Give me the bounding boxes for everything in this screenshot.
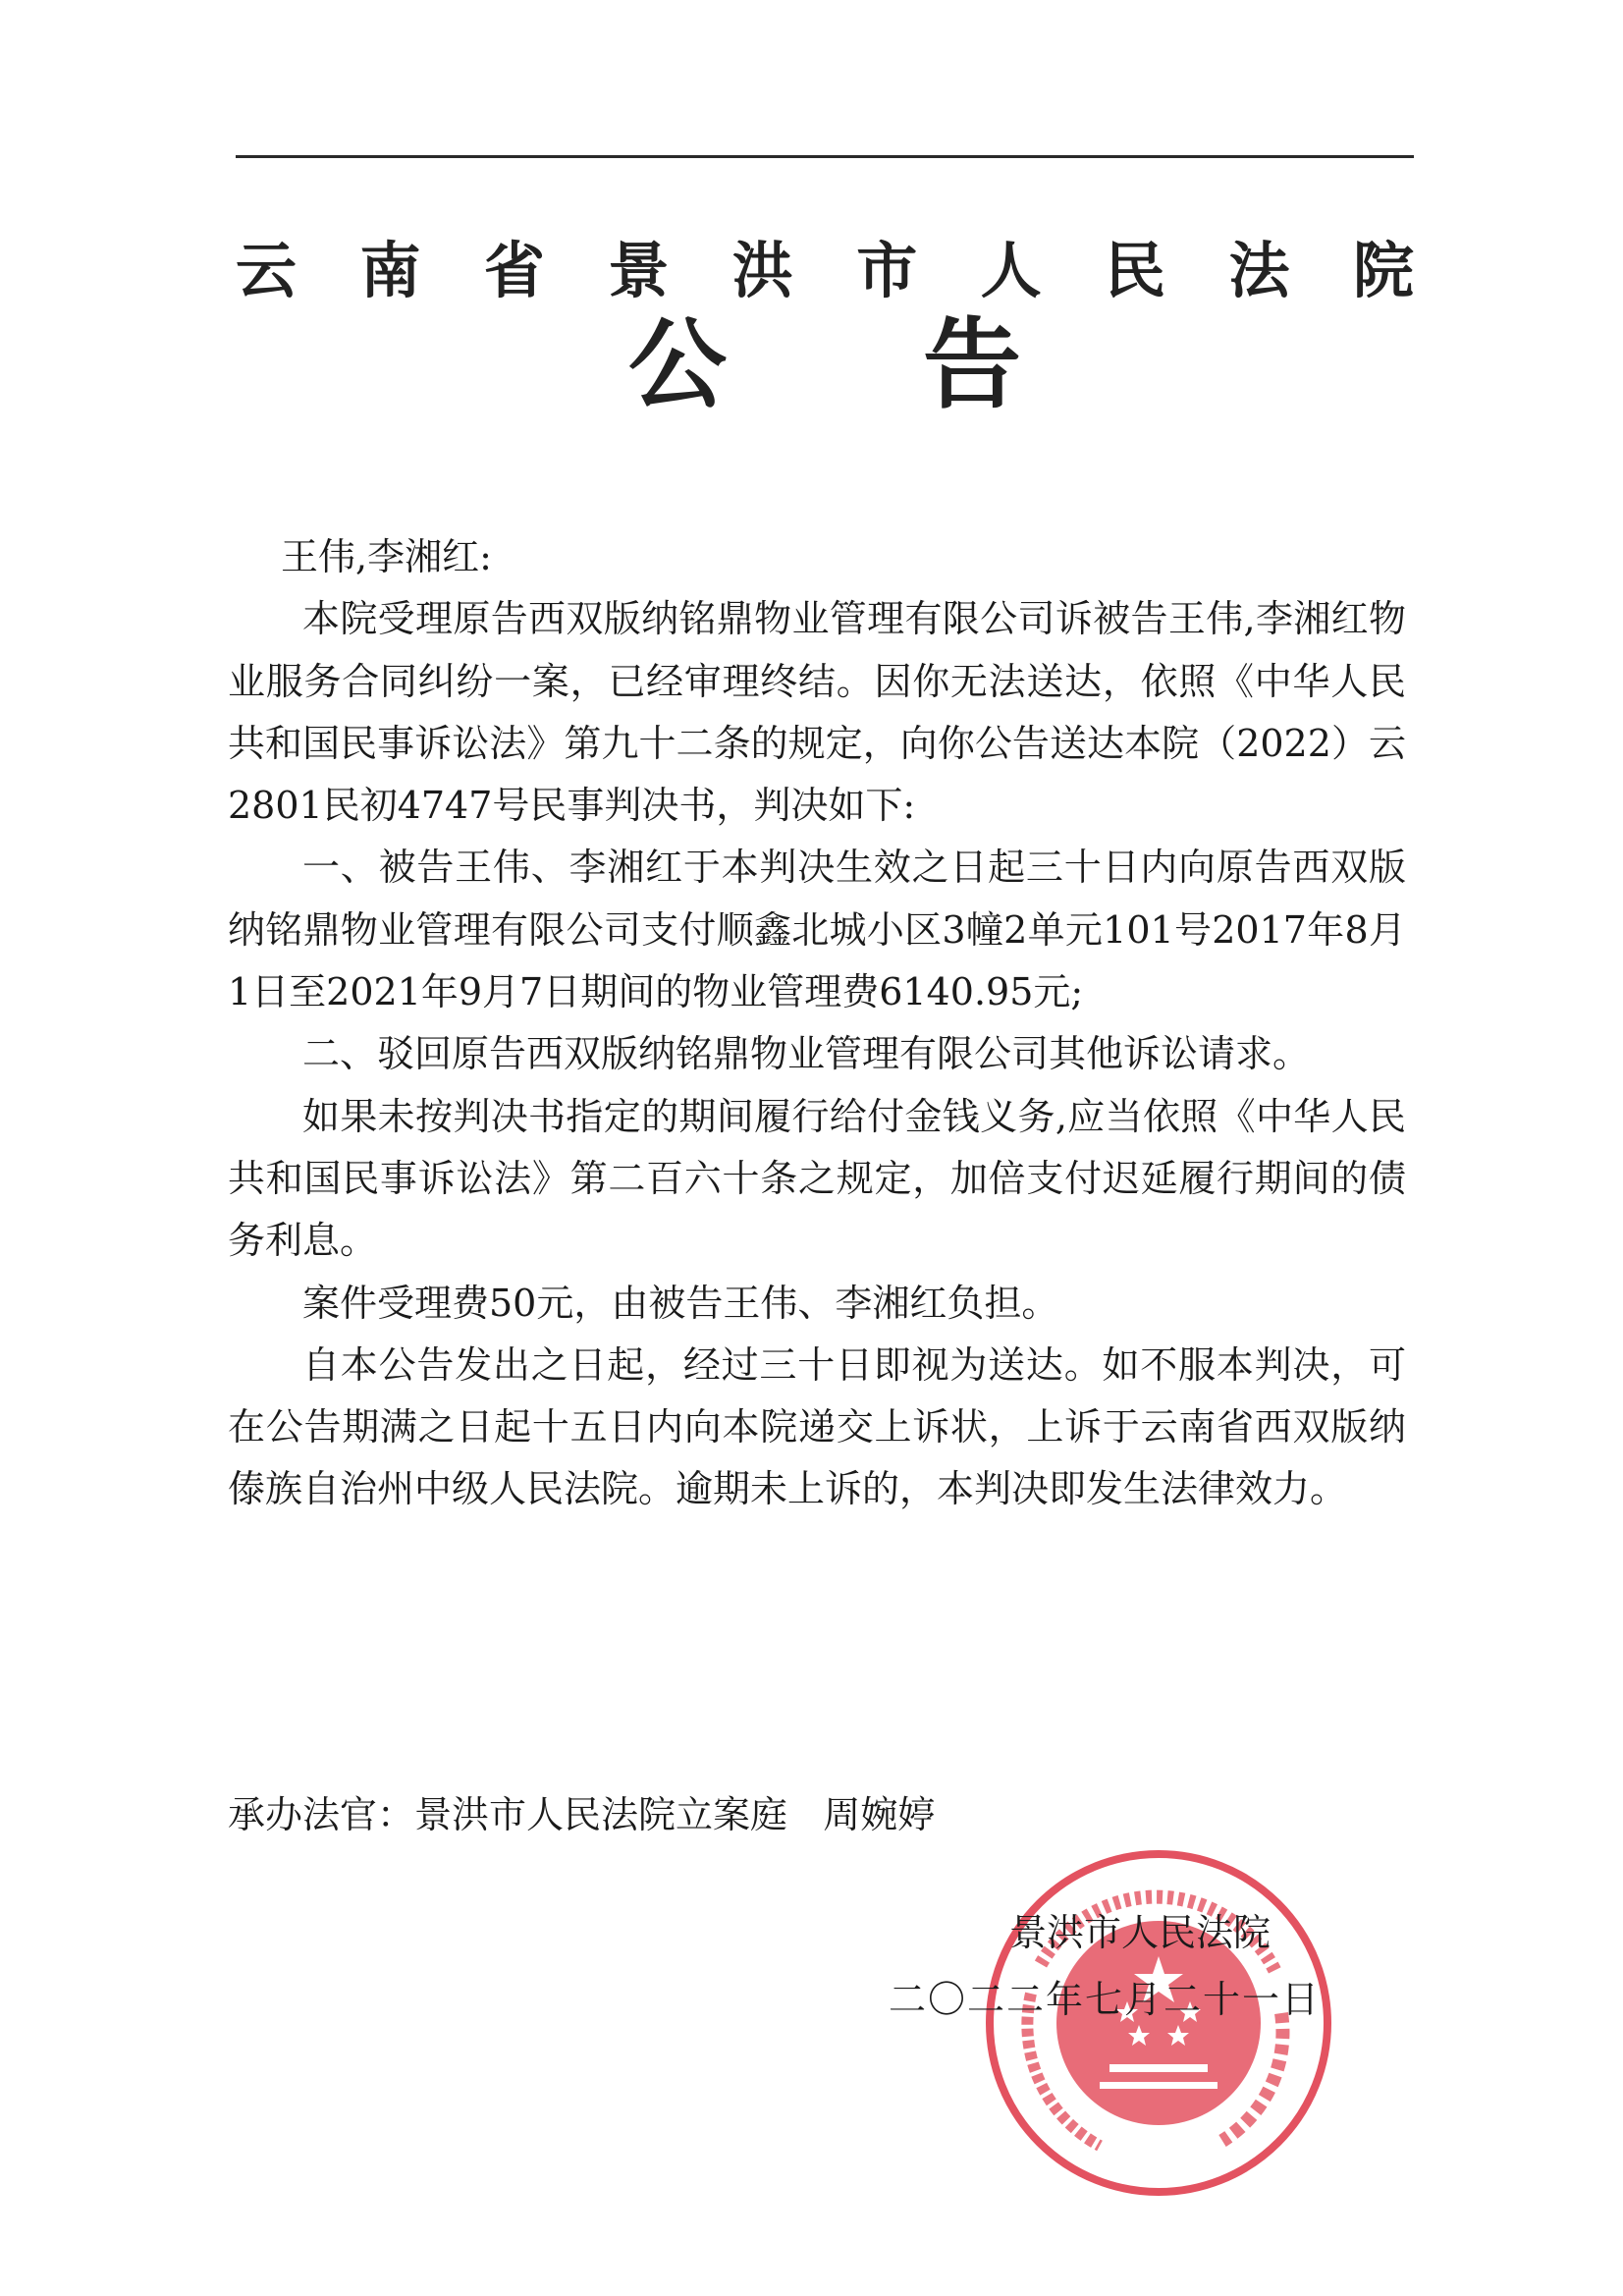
subtitle-char: 公: [628, 306, 727, 424]
title-char: 南: [359, 232, 420, 310]
paragraph-late-payment: 如果未按判决书指定的期间履行给付金钱义务,应当依照《中华人民共和国民事诉讼法》第…: [228, 1086, 1406, 1273]
addressee: 王伟,李湘红:: [228, 526, 1406, 588]
paragraph-judgment-item-1: 一、被告王伟、李湘红于本判决生效之日起三十日内向原告西双版纳铭鼎物业管理有限公司…: [228, 837, 1406, 1023]
paragraph-case-fee: 案件受理费50元，由被告王伟、李湘红负担。: [228, 1273, 1406, 1335]
title-char: 市: [856, 232, 917, 310]
notice-body: 王伟,李湘红: 本院受理原告西双版纳铭鼎物业管理有限公司诉被告王伟,李湘红物业服…: [228, 526, 1406, 1521]
paragraph-service-appeal: 自本公告发出之日起，经过三十日即视为送达。如不服本判决，可在公告期满之日起十五日…: [228, 1335, 1406, 1521]
subtitle-char: 告: [923, 306, 1021, 424]
title-char: 人: [981, 232, 1042, 310]
title-char: 省: [484, 232, 545, 310]
document-type-title: 公 告: [628, 306, 1021, 424]
title-char: 法: [1229, 232, 1290, 310]
judge-line: 承办法官：景洪市人民法院立案庭 周婉婷: [228, 1785, 935, 1844]
title-char: 民: [1105, 232, 1165, 310]
title-char: 云: [236, 232, 297, 310]
title-char: 洪: [732, 232, 793, 310]
title-char: 院: [1353, 232, 1414, 310]
paragraph-case-intro: 本院受理原告西双版纳铭鼎物业管理有限公司诉被告王伟,李湘红物业服务合同纠纷一案，…: [228, 588, 1406, 837]
header-rule: [236, 155, 1414, 158]
court-title: 云 南 省 景 洪 市 人 民 法 院: [236, 232, 1414, 310]
issue-date: 二〇二二年七月二十一日: [889, 1970, 1321, 2029]
paragraph-judgment-item-2: 二、驳回原告西双版纳铭鼎物业管理有限公司其他诉讼请求。: [228, 1023, 1406, 1085]
title-char: 景: [608, 232, 669, 310]
issuing-court: 景洪市人民法院: [1009, 1903, 1271, 1962]
